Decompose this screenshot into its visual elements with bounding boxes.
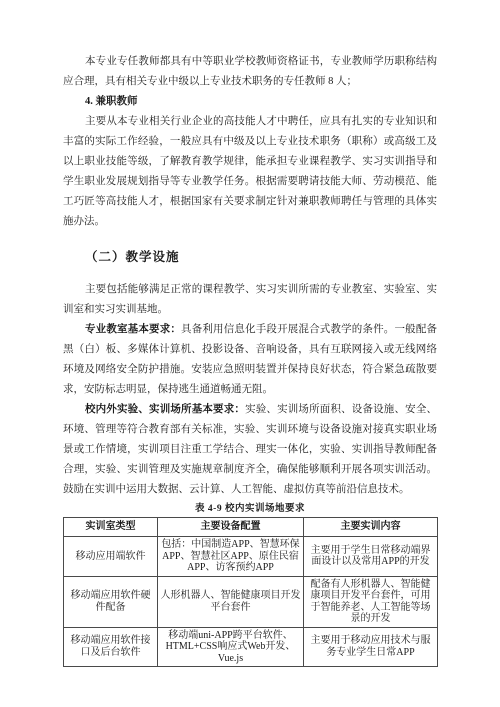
cell-room-type: 移动端应用软件硬件配备 [64,576,158,627]
cell-equipment: 包括：中国制造APP、智慧环保APP、智慧社区APP、原住民宿APP、访客预约A… [158,537,304,577]
column-header-room-type: 实训室类型 [64,518,158,537]
paragraph-part-time-teachers: 主要从本专业相关行业企业的高技能人才中聘任，应具有扎实的专业知识和丰富的实际工作… [63,112,437,232]
paragraph-teacher-qualification: 本专业专任教师都具有中等职业学校教师资格证书，专业教师学历职称结构应合理，具有相… [63,52,437,92]
cell-training-content: 主要用于移动应用技术与服务专业学生日常APP [304,627,438,667]
subsection-heading-part-time-teachers: 4. 兼职教师 [63,92,437,112]
cell-equipment: 移动端uni-APP跨平台软件、HTML+CSS响应式Web开发、Vue.js [158,627,304,667]
section-heading-teaching-facilities: （二）教学设施 [63,246,437,268]
paragraph-text-training-site: 实验、实训场所面积、设备设施、安全、环境、管理等符合教育部有关标准，实验、实训环… [63,404,437,495]
table-row: 移动应用端软件 包括：中国制造APP、智慧环保APP、智慧社区APP、原住民宿A… [64,537,438,577]
cell-room-type: 移动应用端软件 [64,537,158,577]
cell-equipment: 人形机器人、智能健康项目开发平台套件 [158,576,304,627]
table-header-row: 实训室类型 主要设备配置 主要实训内容 [64,518,438,537]
column-header-equipment: 主要设备配置 [158,518,304,537]
paragraph-lead-training-site: 校内外实验、实训场所基本要求： [85,404,245,415]
table-caption: 表 4-9 校内实训场地要求 [63,502,437,516]
document-page: 本专业专任教师都具有中等职业学校教师资格证书，专业教师学历职称结构应合理，具有相… [0,0,500,707]
paragraph-training-site-requirements: 校内外实验、实训场所基本要求：实验、实训场所面积、设备设施、安全、环境、管理等符… [63,400,437,500]
cell-room-type: 移动端应用软件接口及后台软件 [64,627,158,667]
table-row: 移动端应用软件硬件配备 人形机器人、智能健康项目开发平台套件 配备有人形机器人、… [64,576,438,627]
cell-training-content: 配备有人形机器人、智能健康项目开发平台套件，可用于智能养老、人工智能等场景的开发 [304,576,438,627]
cell-training-content: 主要用于学生日常移动端界面设计以及常用APP的开发 [304,537,438,577]
table-row: 移动端应用软件接口及后台软件 移动端uni-APP跨平台软件、HTML+CSS响… [64,627,438,667]
column-header-training-content: 主要实训内容 [304,518,438,537]
training-venues-table: 实训室类型 主要设备配置 主要实训内容 移动应用端软件 包括：中国制造APP、智… [63,517,438,667]
paragraph-lead-classroom: 专业教室基本要求： [85,324,181,335]
paragraph-classroom-requirements: 专业教室基本要求：具备利用信息化手段开展混合式教学的条件。一般配备黑（白）板、多… [63,320,437,400]
paragraph-facilities-overview: 主要包括能够满足正常的课程教学、实习实训所需的专业教室、实验室、实训室和实习实训… [63,280,437,320]
